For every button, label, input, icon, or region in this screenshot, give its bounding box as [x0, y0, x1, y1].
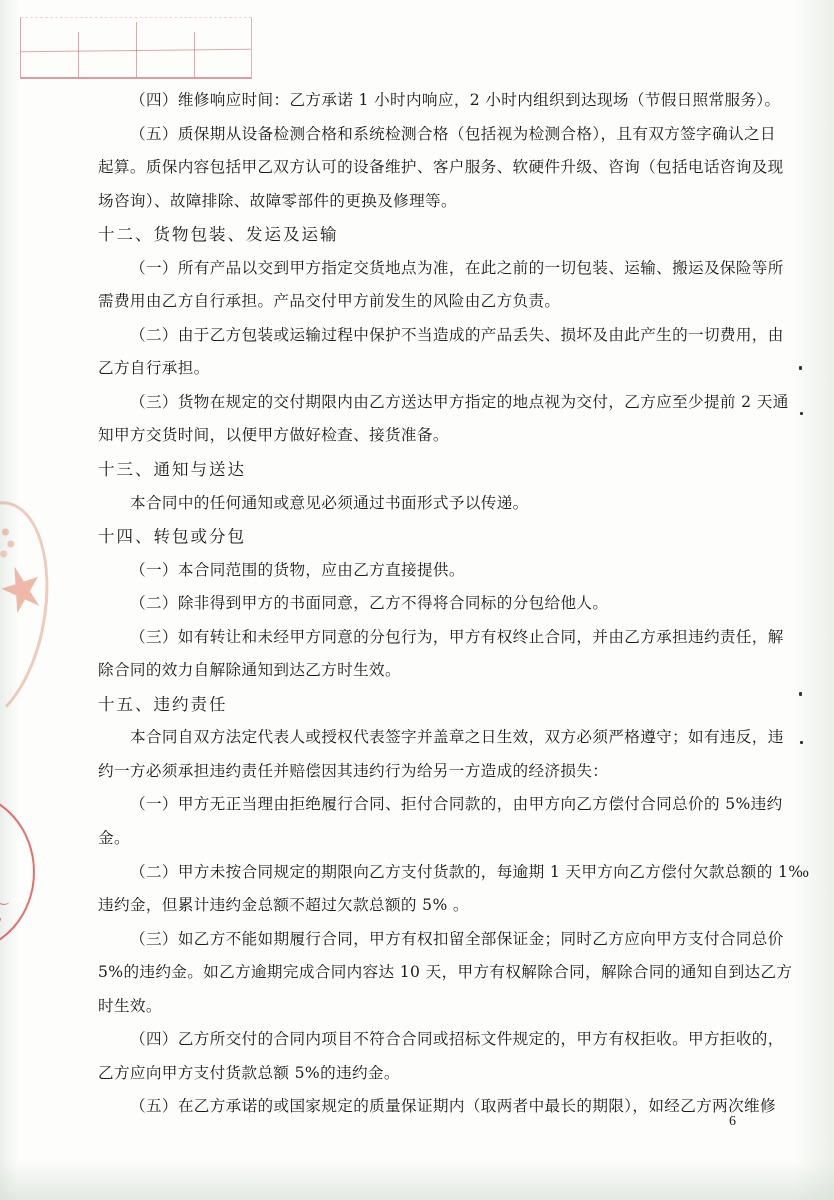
text-line: （五）质保期从设备检测合格和系统检测合格（包括视为检测合格），且有双方签字确认之… [98, 118, 744, 152]
text-line: 金。 [98, 822, 744, 856]
seal-fragment-dots [0, 520, 18, 560]
text-line: 除合同的效力自解除通知到达乙方时生效。 [98, 654, 744, 688]
text-line: 知甲方交货时间，以便甲方做好检查、接货准备。 [98, 419, 744, 453]
text-line: （一）甲方无正当理由拒绝履行合同、拒付合同款的，由甲方向乙方偿付合同总价的 5%… [98, 788, 744, 822]
text-line: 违约金，但累计违约金总额不超过欠款总额的 5% 。 [98, 889, 744, 923]
text-line: （一）所有产品以交到甲方指定交货地点为准，在此之前的一切包装、运输、搬运及保险等… [98, 252, 744, 286]
text-line: 约一方必须承担违约责任并赔偿因其违约行为给另一方造成的经济损失： [98, 755, 744, 789]
grid-divider [194, 32, 195, 77]
text-line: （二）除非得到甲方的书面同意，乙方不得将合同标的分包给他人。 [98, 587, 744, 621]
text-line: 5%的违约金。如乙方逾期完成合同内容达 10 天，甲方有权解除合同，解除合同的通… [98, 956, 744, 990]
text-line: （三）如有转让和未经甲方同意的分包行为，甲方有权终止合同，并由乙方承担违约责任，… [98, 621, 744, 655]
text-line: （四）维修响应时间：乙方承诺 1 小时内响应，2 小时内组织到达现场（节假日照常… [98, 84, 744, 118]
page-number: 6 [729, 1114, 736, 1130]
text-line: 本合同自双方法定代表人或授权代表签字并盖章之日生效，双方必须严格遵守；如有违反，… [98, 721, 744, 755]
section-heading: 十四、转包或分包 [98, 520, 744, 554]
text-line: 乙方应向甲方支付货款总额 5%的违约金。 [98, 1057, 744, 1091]
text-line: （五）在乙方承诺的或国家规定的质量保证期内（取两者中最长的期限），如经乙方两次维… [98, 1090, 744, 1124]
text-line: 需费用由乙方自行承担。产品交付甲方前发生的风险由乙方负责。 [98, 285, 744, 319]
text-line: 场咨询）、故障排除、故障零部件的更换及修理等。 [98, 185, 744, 219]
text-line: 乙方自行承担。 [98, 352, 744, 386]
scan-speck [800, 412, 803, 415]
text-line: （三）货物在规定的交付期限内由乙方送达甲方指定的地点视为交付，乙方应至少提前 2… [98, 386, 744, 420]
section-heading: 十三、通知与送达 [98, 453, 744, 487]
text-line: （四）乙方所交付的合同内项目不符合合同或招标文件规定的，甲方有权拒收。甲方拒收的… [98, 1023, 744, 1057]
text-line: （三）如乙方不能如期履行合同，甲方有权扣留全部保证金；同时乙方应向甲方支付合同总… [98, 923, 744, 957]
document-body: （四）维修响应时间：乙方承诺 1 小时内响应，2 小时内组织到达现场（节假日照常… [98, 84, 744, 1124]
approval-grid-stamp [20, 17, 252, 79]
text-line: （二）甲方未按合同规定的期限向乙方支付货款的，每逾期 1 天甲方向乙方偿付欠款总… [98, 856, 744, 890]
text-line: 本合同中的任何通知或意见必须通过书面形式予以传递。 [98, 487, 744, 521]
text-line: 时生效。 [98, 990, 744, 1024]
scan-edge-shadow-bottom [0, 1160, 834, 1200]
scan-edge-shadow-right [794, 0, 834, 1200]
text-line: （一）本合同范围的货物，应由乙方直接提供。 [98, 554, 744, 588]
scan-speck [799, 366, 802, 370]
section-heading: 十五、违约责任 [98, 688, 744, 722]
grid-divider [78, 32, 79, 77]
text-line: （二）由于乙方包装或运输过程中保护不当造成的产品丢失、损坏及由此产生的一切费用，… [98, 319, 744, 353]
text-line: 起算。质保内容包括甲乙双方认可的设备维护、客户服务、软硬件升级、咨询（包括电话咨… [98, 151, 744, 185]
scan-speck [799, 692, 802, 696]
scan-speck [800, 741, 803, 744]
section-heading: 十二、货物包装、发运及运输 [98, 218, 744, 252]
